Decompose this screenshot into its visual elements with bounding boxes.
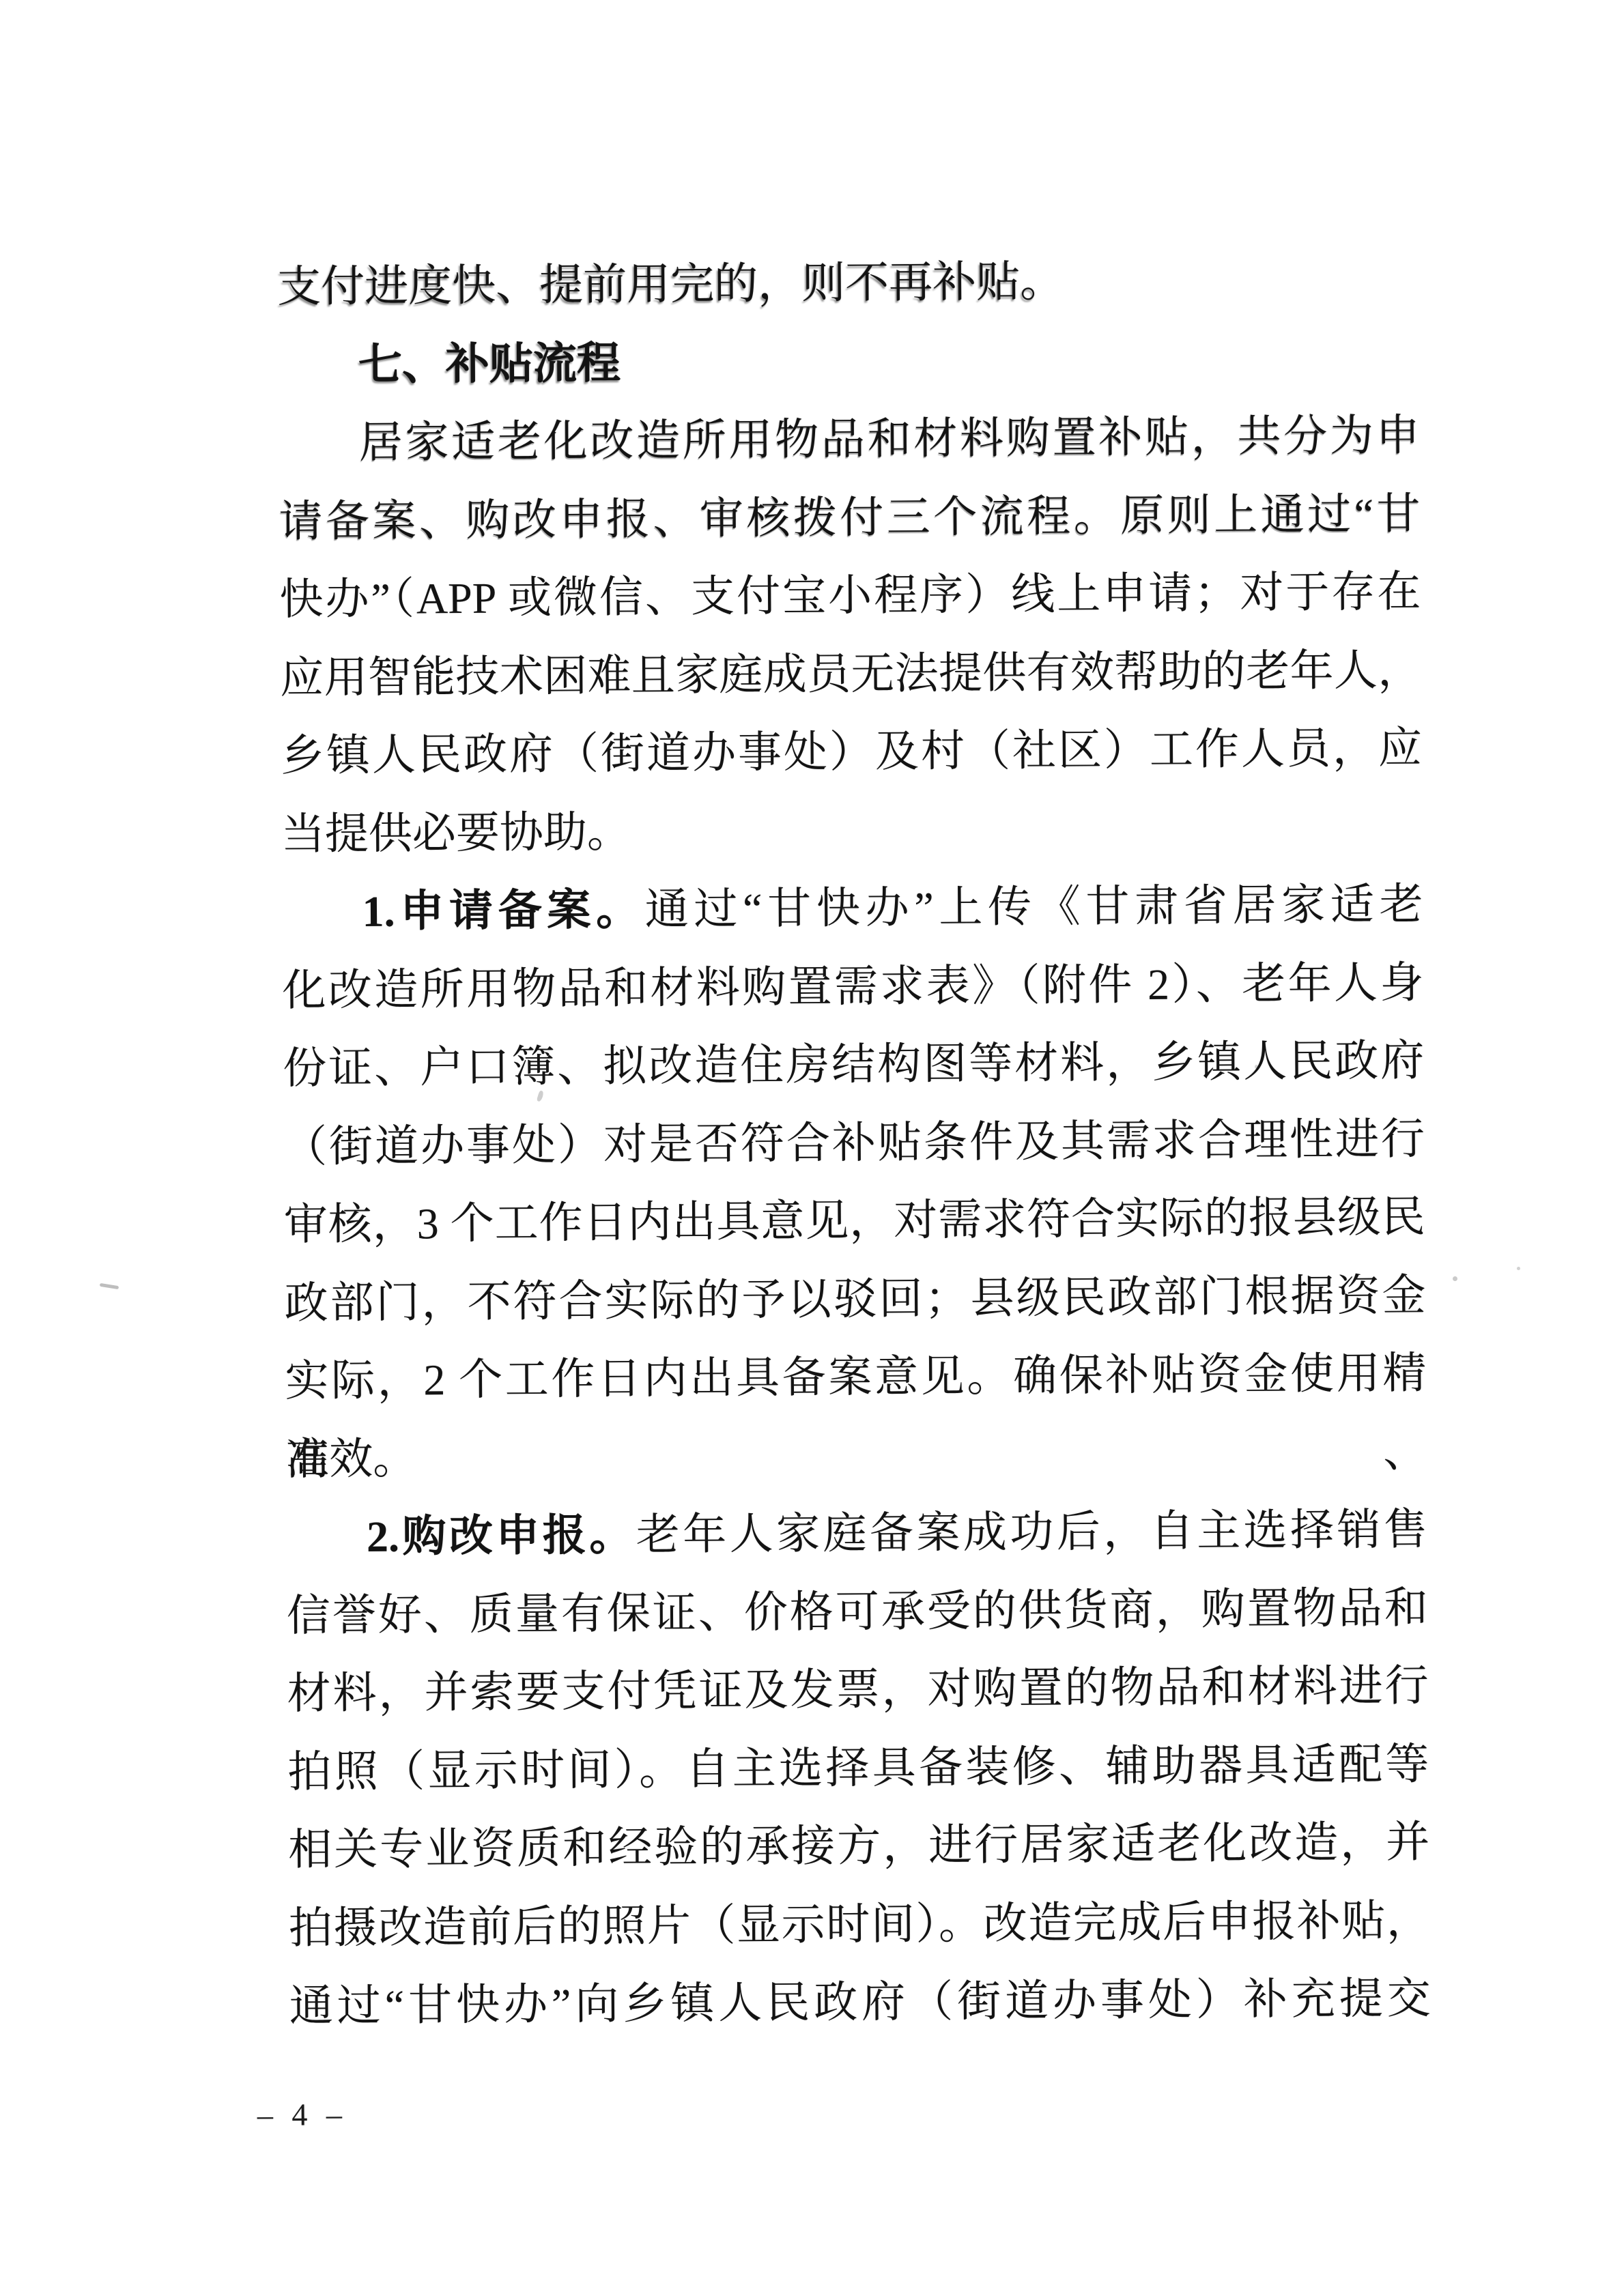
- scan-artifact: [1255, 1065, 1258, 1069]
- line-text: 老年人家庭备案成功后，自主选择销售: [636, 1505, 1427, 1559]
- text-line: 相关专业资质和经验的承接方，进行居家适老化改造，并: [288, 1803, 1430, 1889]
- text-line: 2.购改申报。老年人家庭备案成功后，自主选择销售: [286, 1491, 1428, 1577]
- text-line: 拍摄改造前后的照片（显示时间）。改造完成后申报补贴，: [289, 1882, 1431, 1968]
- text-line: 居家适老化改造所用物品和材料购置补贴，共分为申: [278, 397, 1420, 483]
- text-line: 通过“甘快办”向乡镇人民政府（街道办事处）补充提交: [289, 1960, 1431, 2046]
- line-text: 材料，并索要支付凭证及发票，对购置的物品和材料进行: [287, 1661, 1428, 1718]
- text-line: 快办”（APP 或微信、支付宝小程序）线上申请；对于存在: [279, 553, 1421, 639]
- text-line: 化改造所用物品和材料购置需求表》（附件 2）、老年人身: [282, 944, 1424, 1030]
- line-text: 居家适老化改造所用物品和材料购置补贴，共分为申: [359, 411, 1420, 467]
- text-line: 支付进度快、提前用完的，则不再补贴。: [277, 240, 1419, 326]
- line-text: 实际，2 个工作日内出具备案意见。确保补贴资金使用精准、: [285, 1349, 1427, 1483]
- text-line: 份证、户口簿、拟改造住房结构图等材料，乡镇人民政府: [283, 1022, 1425, 1108]
- document-page: 支付进度快、提前用完的，则不再补贴。七、补贴流程居家适老化改造所用物品和材料购置…: [0, 0, 1624, 2296]
- line-text: （街道办事处）对是否符合补贴条件及其需求合理性进行: [283, 1115, 1425, 1171]
- text-line: 1.申请备案。通过“甘快办”上传《甘肃省居家适老: [281, 865, 1423, 951]
- line-text: 相关专业资质和经验的承接方，进行居家适老化改造，并: [288, 1818, 1429, 1874]
- text-line: 当提供必要协助。: [281, 788, 1423, 874]
- document-body: 支付进度快、提前用完的，则不再补贴。七、补贴流程居家适老化改造所用物品和材料购置…: [277, 240, 1431, 2046]
- scan-artifact: [1517, 1267, 1520, 1270]
- line-text: 拍照（显示时间）。自主选择具备装修、辅助器具适配等: [287, 1740, 1429, 1796]
- page-number: – 4 –: [257, 2096, 347, 2133]
- text-line: 应用智能技术困难且家庭成员无法提供有效帮助的老年人，: [280, 631, 1422, 717]
- line-text: 支付进度快、提前用完的，则不再补贴。: [277, 257, 1064, 311]
- text-line: 七、补贴流程: [278, 319, 1420, 405]
- line-text: 当提供必要协助。: [281, 807, 631, 859]
- line-text: 应用智能技术困难且家庭成员无法提供有效帮助的老年人，: [280, 646, 1421, 702]
- line-text: 审核，3 个工作日内出具意见，对需求符合实际的报县级民: [284, 1192, 1425, 1249]
- text-line: 实际，2 个工作日内出具备案意见。确保补贴资金使用精准、: [285, 1334, 1427, 1420]
- line-text: 请备案、购改申报、审核拨付三个流程。原则上通过“甘: [279, 489, 1420, 546]
- line-text: 化改造所用物品和材料购置需求表》（附件 2）、老年人身: [282, 958, 1423, 1015]
- scan-artifact: [100, 1283, 119, 1289]
- text-line: （街道办事处）对是否符合补贴条件及其需求合理性进行: [283, 1100, 1425, 1186]
- line-text: 份证、户口簿、拟改造住房结构图等材料，乡镇人民政府: [283, 1036, 1424, 1093]
- line-text: 拍摄改造前后的照片（显示时间）。改造完成后申报补贴，: [289, 1896, 1430, 1953]
- line-text: 通过“甘快办”向乡镇人民政府（街道办事处）补充提交: [289, 1974, 1431, 2030]
- line-text: 七、补贴流程: [358, 339, 621, 389]
- line-text: 高效。: [285, 1434, 416, 1483]
- line-text: 政部门，不符合实际的予以驳回；县级民政部门根据资金: [284, 1271, 1425, 1328]
- bold-run: 1.申请备案。: [362, 885, 645, 936]
- text-line: 材料，并索要支付凭证及发票，对购置的物品和材料进行: [287, 1647, 1429, 1733]
- text-line: 拍照（显示时间）。自主选择具备装修、辅助器具适配等: [287, 1725, 1429, 1811]
- text-line: 信誉好、质量有保证、价格可承受的供货商，购置物品和: [286, 1569, 1428, 1655]
- line-text: 信誉好、质量有保证、价格可承受的供货商，购置物品和: [287, 1583, 1428, 1640]
- line-text: 通过“甘快办”上传《甘肃省居家适老: [645, 880, 1423, 934]
- scan-artifact: [1453, 1276, 1457, 1281]
- bold-run: 2.购改申报。: [367, 1510, 636, 1561]
- line-text: 快办”（APP 或微信、支付宝小程序）线上申请；对于存在: [279, 567, 1421, 624]
- text-line: 乡镇人民政府（街道办事处）及村（社区）工作人员，应: [281, 709, 1423, 795]
- text-line: 政部门，不符合实际的予以驳回；县级民政部门根据资金: [284, 1257, 1426, 1343]
- line-text: 乡镇人民政府（街道办事处）及村（社区）工作人员，应: [281, 723, 1422, 780]
- text-line: 审核，3 个工作日内出具意见，对需求符合实际的报县级民: [283, 1178, 1425, 1264]
- text-line: 请备案、购改申报、审核拨付三个流程。原则上通过“甘: [279, 475, 1421, 561]
